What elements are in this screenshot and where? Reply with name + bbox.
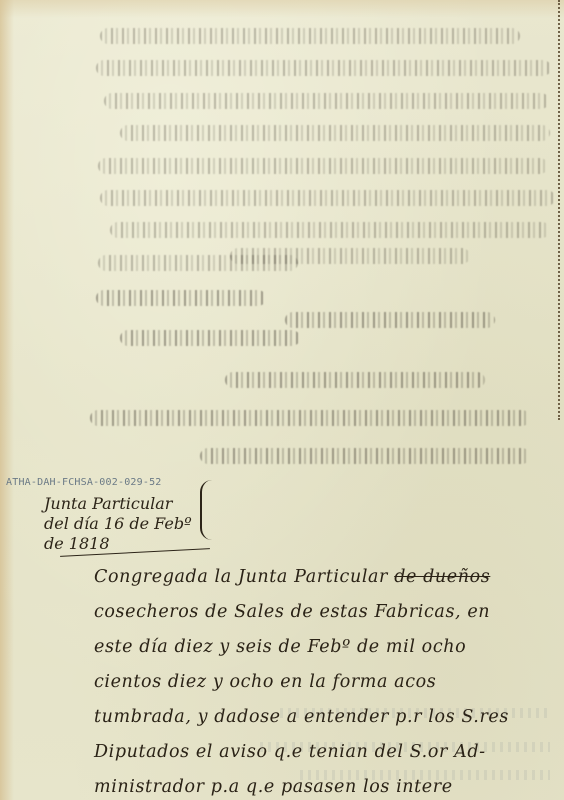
bracket-stroke	[200, 480, 222, 540]
body-line: cientos diez y ocho en la forma acos	[94, 665, 554, 700]
body-line: este día diez y seis de Febº de mil ocho	[94, 630, 554, 665]
margin-heading: Junta Particular del día 16 de Febº de 1…	[44, 494, 192, 554]
body-line: Congregada la Junta Particular de dueños	[94, 560, 554, 595]
margin-note-line: del día 16 de Febº	[44, 514, 192, 534]
top-edge-stain	[0, 0, 564, 18]
binding-edge	[554, 0, 560, 420]
body-line: tumbrada, y dadose a entender p.r los S.…	[94, 700, 554, 735]
archive-reference-stamp: ATHA-DAH-FCHSA-002-029-52	[6, 477, 162, 488]
manuscript-page: ATHA-DAH-FCHSA-002-029-52 Junta Particul…	[0, 0, 564, 800]
minutes-body: Congregada la Junta Particular de dueños…	[94, 560, 554, 800]
left-edge-stain	[0, 0, 14, 800]
body-line: ministrador p.a q.e pasasen los intere	[94, 770, 554, 800]
margin-note-line: Junta Particular	[44, 494, 192, 514]
struck-text: de dueños	[394, 567, 490, 587]
body-line: Diputados el aviso q.e tenian del S.or A…	[94, 735, 554, 770]
body-line: cosecheros de Sales de estas Fabricas, e…	[94, 595, 554, 630]
